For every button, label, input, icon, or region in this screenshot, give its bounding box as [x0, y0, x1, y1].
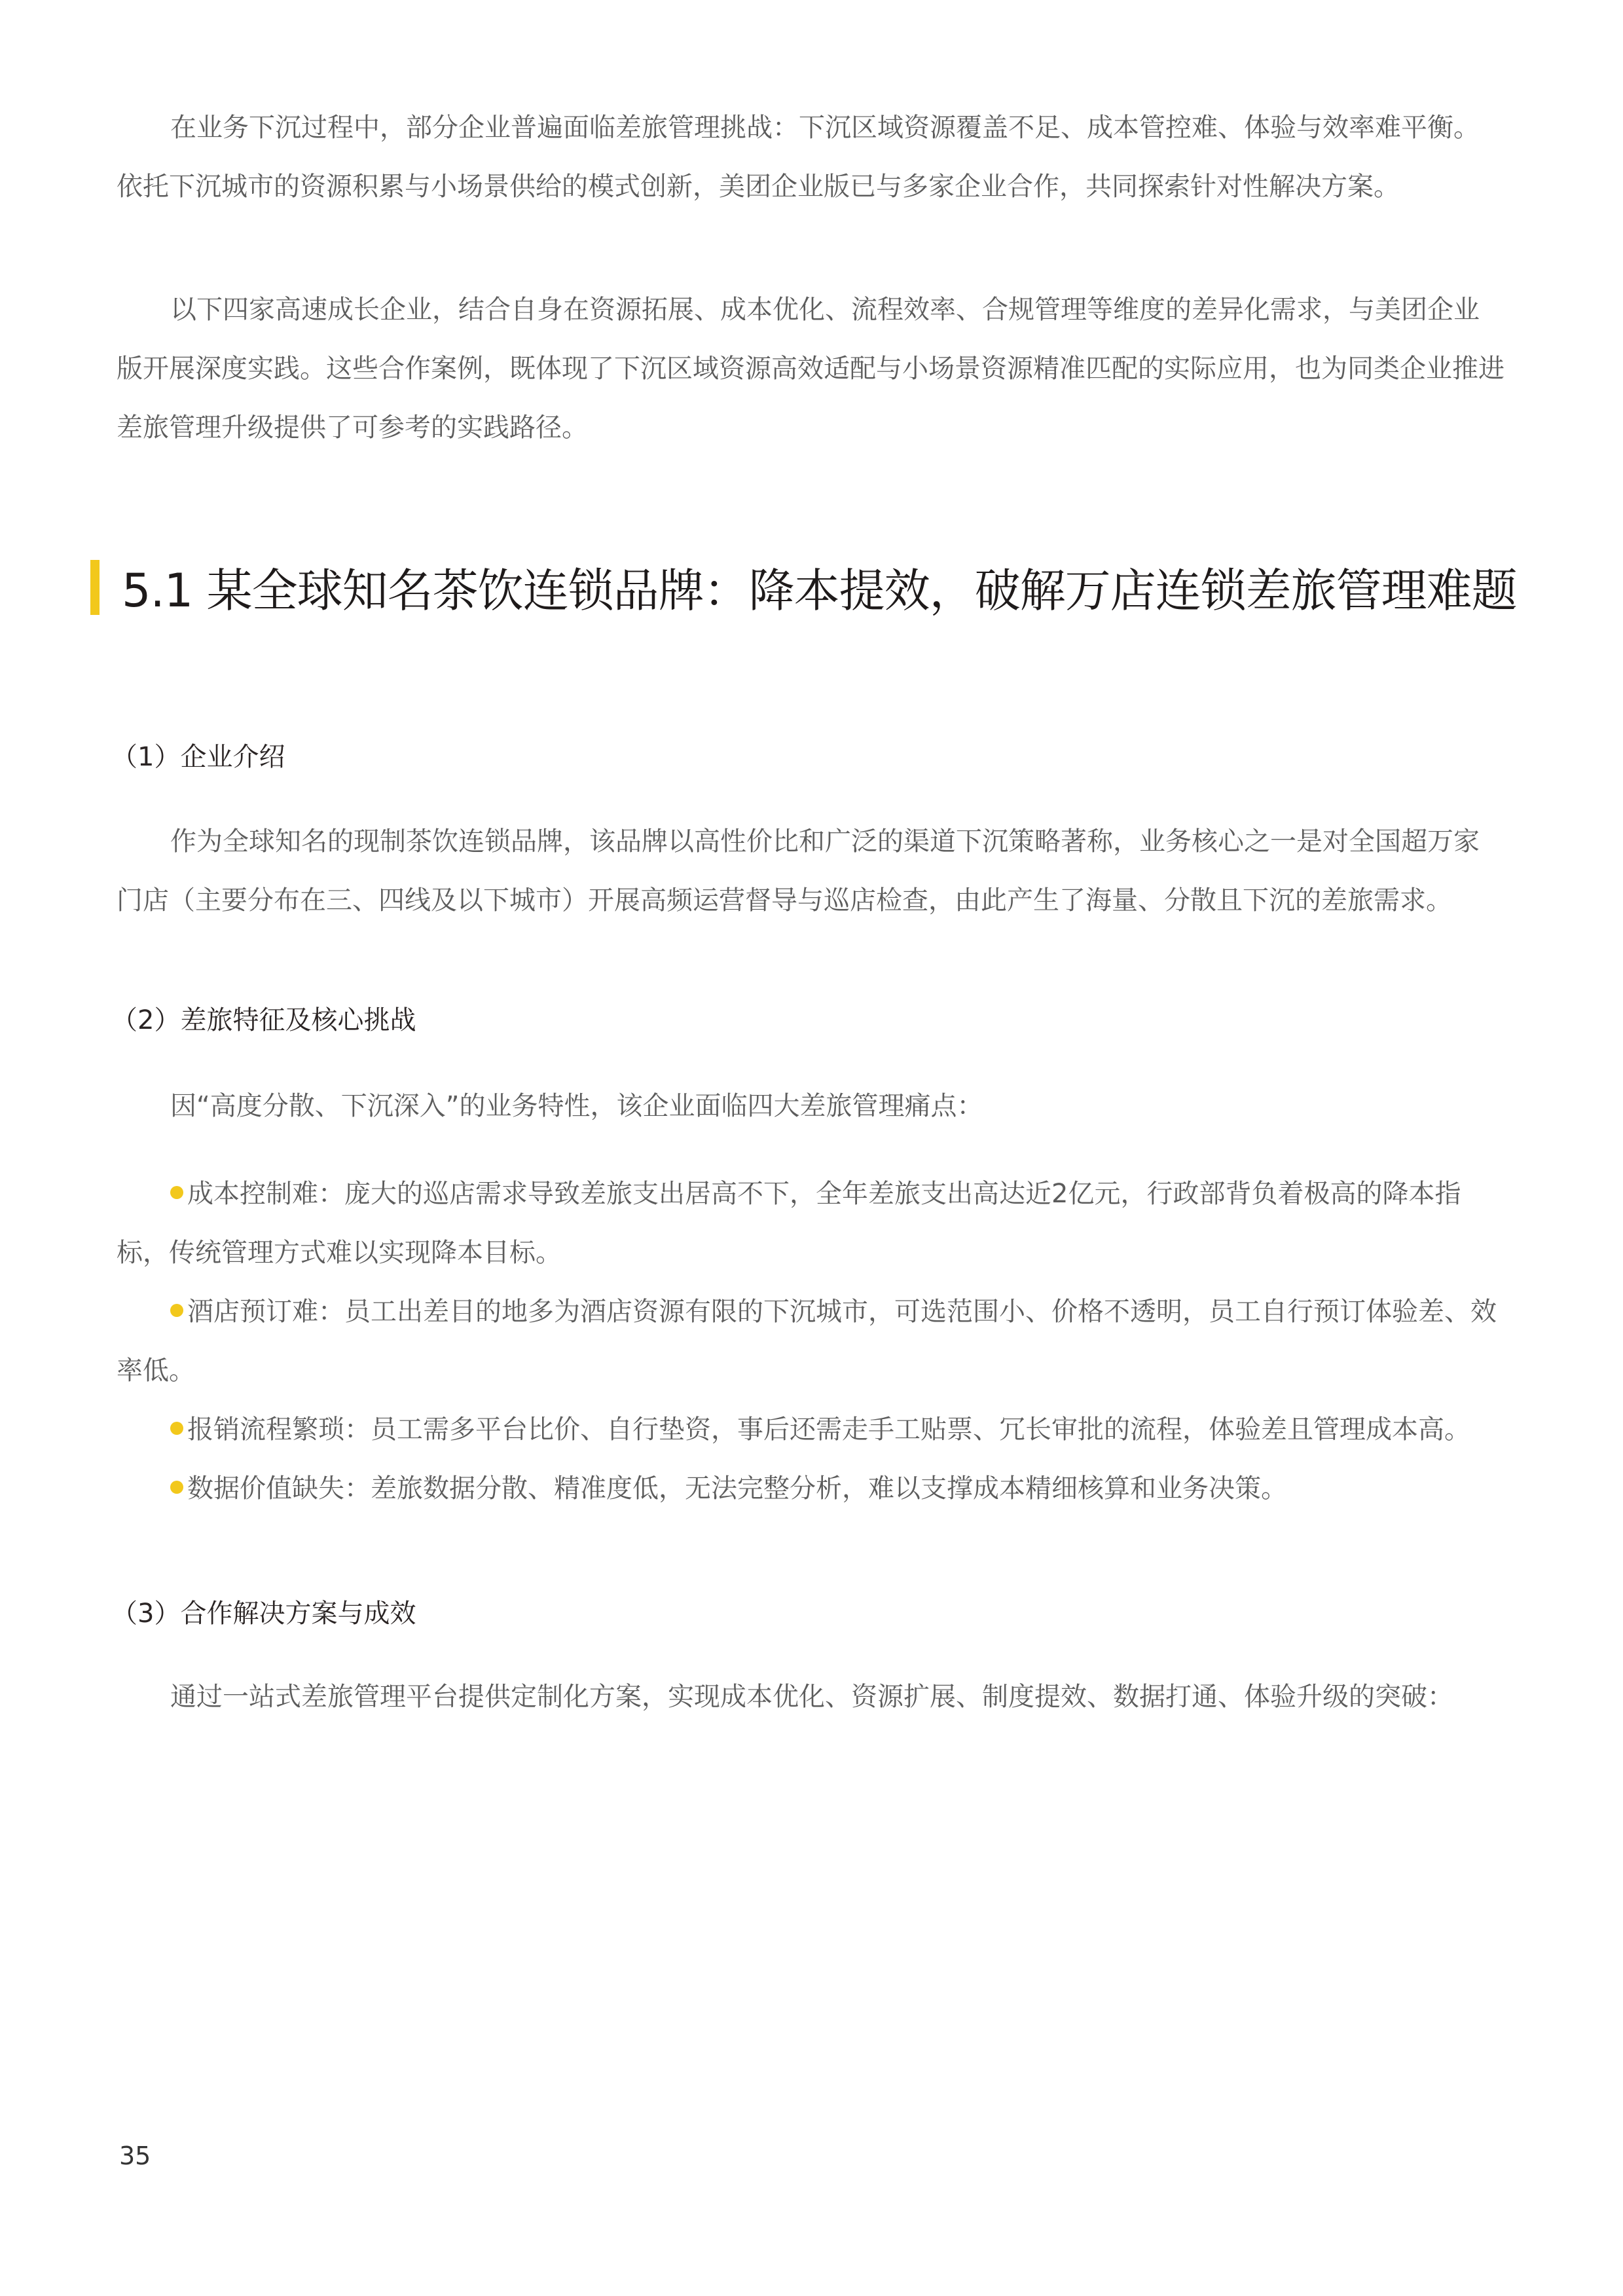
bullet-dot-icon [170, 1481, 183, 1494]
subheading-company-intro: （1）企业介绍 [111, 736, 285, 773]
challenges-lead: 因“高度分散、下沉深入”的业务特性，该企业面临四大差旅管理痛点： [117, 1077, 1504, 1136]
subheading-challenges: （2）差旅特征及核心挑战 [111, 999, 416, 1037]
intro-paragraph-1-text: 在业务下沉过程中，部分企业普遍面临差旅管理挑战：下沉区域资源覆盖不足、成本管控难… [117, 113, 1480, 202]
section-heading: 5.1 某全球知名茶饮连锁品牌：降本提效，破解万店连锁差旅管理难题 [90, 554, 1517, 620]
bullet-text: 差旅数据分散、精准度低，无法完整分析，难以支撑成本精细核算和业务决策。 [371, 1473, 1287, 1504]
bullet-dot-icon [170, 1186, 183, 1199]
solution-text: 通过一站式差旅管理平台提供定制化方案，实现成本优化、资源扩展、制度提效、数据打通… [170, 1682, 1453, 1712]
challenges-lead-text: 因“高度分散、下沉深入”的业务特性，该企业面临四大差旅管理痛点： [170, 1091, 983, 1121]
section-title: 5.1 某全球知名茶饮连锁品牌：降本提效，破解万店连锁差旅管理难题 [122, 554, 1517, 620]
subheading-solution: （3）合作解决方案与成效 [111, 1593, 416, 1630]
bullet-label: 报销流程繁琐： [187, 1415, 371, 1445]
company-intro-text: 作为全球知名的现制茶饮连锁品牌，该品牌以高性价比和广泛的渠道下沉策略著称，业务核… [117, 826, 1480, 916]
bullet-text: 员工需多平台比价、自行垫资，事后还需走手工贴票、冗长审批的流程，体验差且管理成本… [371, 1415, 1470, 1445]
bullet-item: 成本控制难：庞大的巡店需求导致差旅支出居高不下，全年差旅支出高达近2亿元，行政部… [117, 1164, 1504, 1282]
company-intro-paragraph: 作为全球知名的现制茶饮连锁品牌，该品牌以高性价比和广泛的渠道下沉策略著称，业务核… [117, 812, 1504, 930]
bullet-dot-icon [170, 1422, 183, 1435]
bullet-item: 酒店预订难：员工出差目的地多为酒店资源有限的下沉城市，可选范围小、价格不透明，员… [117, 1282, 1504, 1400]
bullet-item: 报销流程繁琐：员工需多平台比价、自行垫资，事后还需走手工贴票、冗长审批的流程，体… [117, 1400, 1504, 1459]
heading-accent-bar [90, 560, 100, 615]
page-number: 35 [119, 2141, 151, 2170]
bullet-label: 酒店预订难： [187, 1297, 344, 1327]
intro-paragraph-2-text: 以下四家高速成长企业，结合自身在资源拓展、成本优化、流程效率、合规管理等维度的差… [117, 295, 1504, 443]
document-page: 在业务下沉过程中，部分企业普遍面临差旅管理挑战：下沉区域资源覆盖不足、成本管控难… [0, 0, 1623, 2296]
solution-paragraph: 通过一站式差旅管理平台提供定制化方案，实现成本优化、资源扩展、制度提效、数据打通… [117, 1667, 1504, 1726]
bullet-label: 成本控制难： [187, 1179, 344, 1209]
bullet-label: 数据价值缺失： [187, 1473, 371, 1504]
intro-paragraph-2: 以下四家高速成长企业，结合自身在资源拓展、成本优化、流程效率、合规管理等维度的差… [117, 280, 1504, 457]
intro-paragraph-1: 在业务下沉过程中，部分企业普遍面临差旅管理挑战：下沉区域资源覆盖不足、成本管控难… [117, 98, 1504, 216]
bullet-dot-icon [170, 1304, 183, 1317]
bullet-item: 数据价值缺失：差旅数据分散、精准度低，无法完整分析，难以支撑成本精细核算和业务决… [117, 1459, 1504, 1518]
